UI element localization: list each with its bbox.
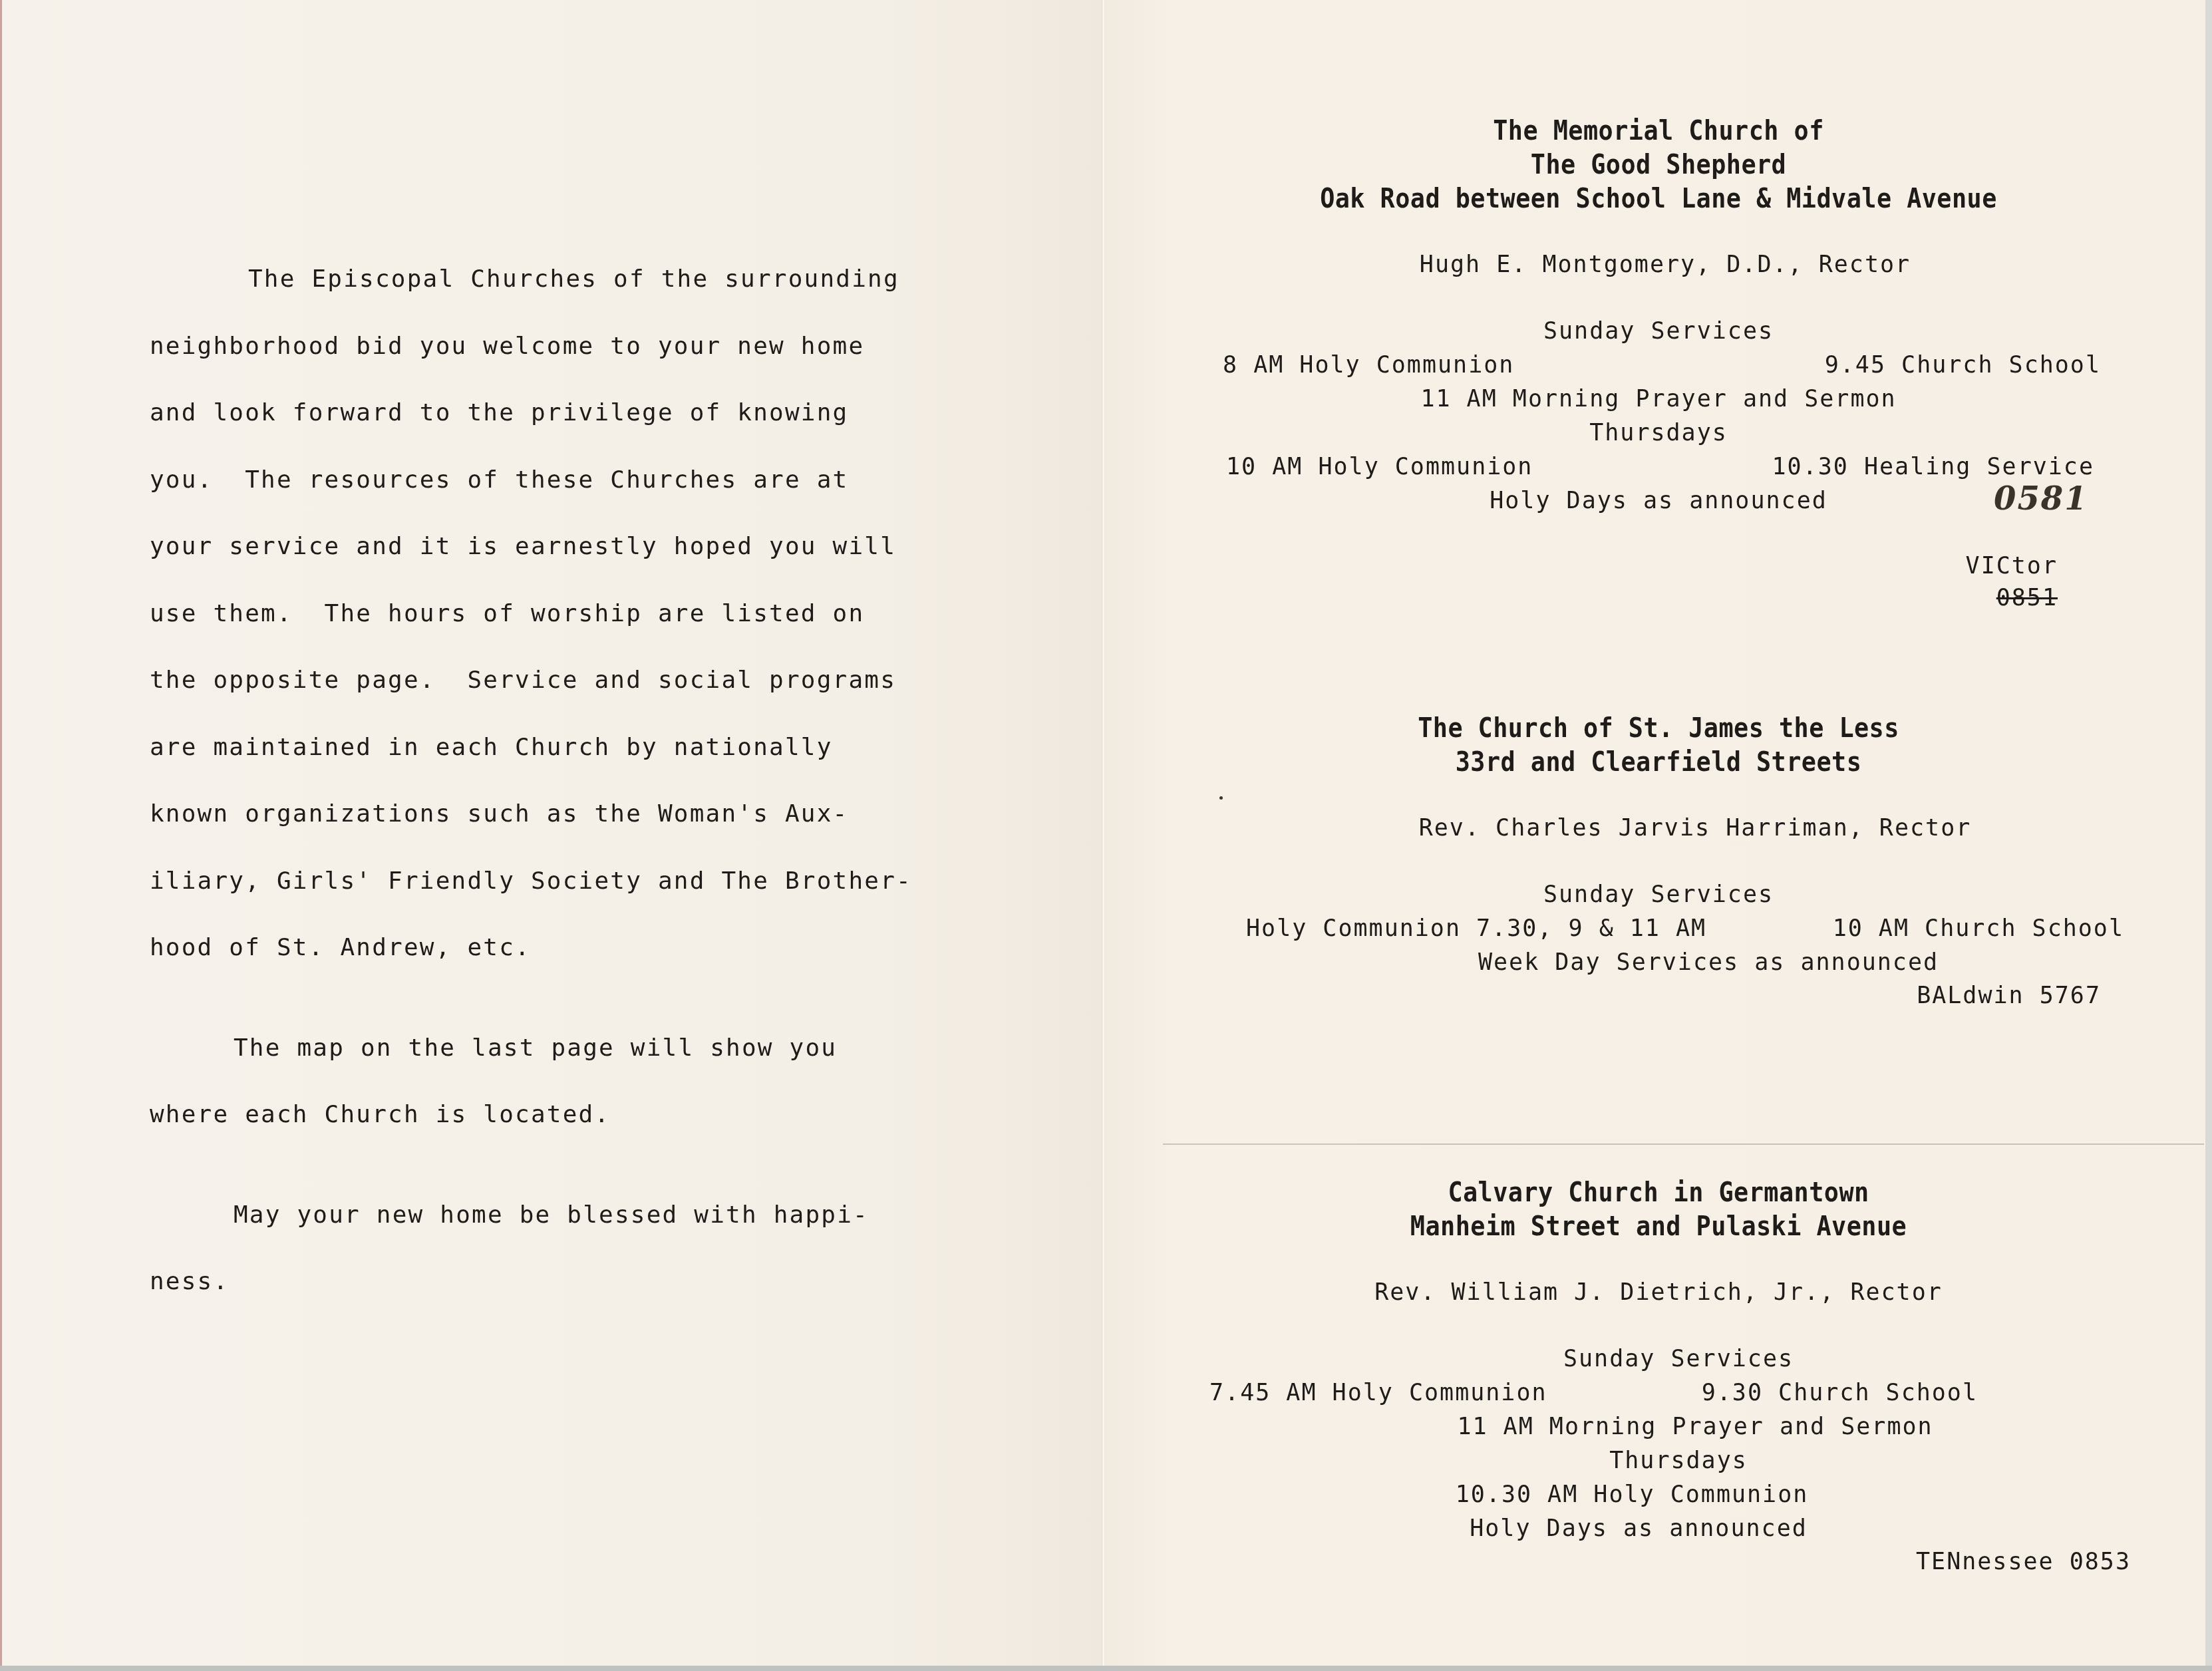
scan-background-edge (0, 1666, 2212, 1671)
sunday-services-heading: Sunday Services (1186, 878, 2131, 912)
service-item: 10 AM Holy Communion (1226, 450, 1533, 484)
phone-number: BALdwin 5767 (1186, 980, 2131, 1012)
letter-line: are maintained in each Church by nationa… (150, 729, 981, 796)
service-item: 7.45 AM Holy Communion (1209, 1376, 1547, 1410)
letter-line: neighborhood bid you welcome to your new… (150, 328, 981, 395)
rector-name: Rev. Charles Jarvis Harriman, Rector (1186, 812, 2131, 845)
service-item: 10.30 Healing Service (1772, 450, 2094, 484)
rector-name: Hugh E. Montgomery, D.D., Rector (1186, 248, 2131, 281)
service-item: 10 AM Church School (1833, 912, 2124, 946)
holy-days-note: Holy Days as announced (1186, 484, 2131, 518)
paragraph-gap (150, 996, 981, 1030)
section-divider (1163, 1143, 2204, 1145)
rector-name: Rev. William J. Dietrich, Jr., Rector (1186, 1276, 2131, 1309)
thursday-services-row: 10 AM Holy Communion 10.30 Healing Servi… (1186, 450, 2131, 484)
weekday-services-note: Week Day Services as announced (1186, 946, 2131, 980)
sunday-services-row: Holy Communion 7.30, 9 & 11 AM 10 AM Chu… (1186, 912, 2131, 946)
sunday-services-heading: Sunday Services (1186, 315, 2131, 349)
letter-line: and look forward to the privilege of kno… (150, 394, 981, 462)
letter-line: ness. (150, 1263, 981, 1330)
church-address: Manheim Street and Pulaski Avenue (1224, 1210, 2093, 1244)
left-page: The Episcopal Churches of the surroundin… (2, 0, 1103, 1666)
church-name: The Good Shepherd (1224, 148, 2093, 182)
service-item: 9.45 Church School (1825, 349, 2101, 382)
church-good-shepherd: The Memorial Church of The Good Shepherd… (1186, 114, 2131, 646)
phone-number-struck: 0851 (1996, 585, 2058, 611)
church-calvary-germantown: Calvary Church in Germantown Manheim Str… (1186, 1176, 2131, 1578)
letter-line: where each Church is located. (150, 1096, 981, 1163)
handwritten-correction: 0581 (1994, 480, 2088, 518)
church-address: 33rd and Clearfield Streets (1224, 746, 2093, 780)
letter-line: May your new home be blessed with happi- (150, 1197, 981, 1264)
letter-line: known organizations such as the Woman's … (150, 796, 981, 863)
thursdays-heading: Thursdays (1186, 1444, 2131, 1478)
church-name: The Church of St. James the Less (1224, 712, 2093, 746)
phone-exchange: VICtor (1966, 553, 2058, 579)
welcome-letter: The Episcopal Churches of the surroundin… (150, 261, 981, 1330)
letter-line: The map on the last page will show you (150, 1030, 981, 1097)
letter-line: use them. The hours of worship are liste… (150, 595, 981, 663)
letter-line: your service and it is earnestly hoped y… (150, 528, 981, 595)
sunday-services-heading: Sunday Services (1186, 1342, 2131, 1376)
service-item: 10.30 AM Holy Communion (1186, 1478, 2131, 1512)
church-address: Oak Road between School Lane & Midvale A… (1224, 182, 2093, 216)
paragraph-gap (150, 1163, 981, 1197)
phone-number: VICtor 0851 (1186, 518, 2131, 646)
holy-days-note: Holy Days as announced (1186, 1512, 2131, 1546)
sunday-services-row: 7.45 AM Holy Communion 9.30 Church Schoo… (1186, 1376, 2131, 1410)
church-name: Calvary Church in Germantown (1224, 1176, 2093, 1210)
brochure-sheet: The Episcopal Churches of the surroundin… (0, 0, 2205, 1666)
phone-number: TENnessee 0853 (1186, 1546, 2131, 1578)
letter-line: the opposite page. Service and social pr… (150, 662, 981, 729)
letter-line: The Episcopal Churches of the surroundin… (150, 261, 981, 328)
letter-line: you. The resources of these Churches are… (150, 462, 981, 529)
service-item: 11 AM Morning Prayer and Sermon (1186, 1410, 2131, 1444)
service-item: 11 AM Morning Prayer and Sermon (1186, 382, 2131, 416)
ink-speck (1219, 796, 1223, 800)
service-item: 9.30 Church School (1702, 1376, 1978, 1410)
letter-line: hood of St. Andrew, etc. (150, 929, 981, 996)
service-item: Holy Communion 7.30, 9 & 11 AM (1246, 912, 1706, 946)
church-name: The Memorial Church of (1224, 114, 2093, 148)
sunday-services-row: 8 AM Holy Communion 9.45 Church School (1186, 349, 2131, 382)
thursdays-heading: Thursdays (1186, 416, 2131, 450)
service-item: 8 AM Holy Communion (1223, 349, 1514, 382)
church-st-james-the-less: The Church of St. James the Less 33rd an… (1186, 712, 2131, 1012)
letter-line: iliary, Girls' Friendly Society and The … (150, 863, 981, 930)
